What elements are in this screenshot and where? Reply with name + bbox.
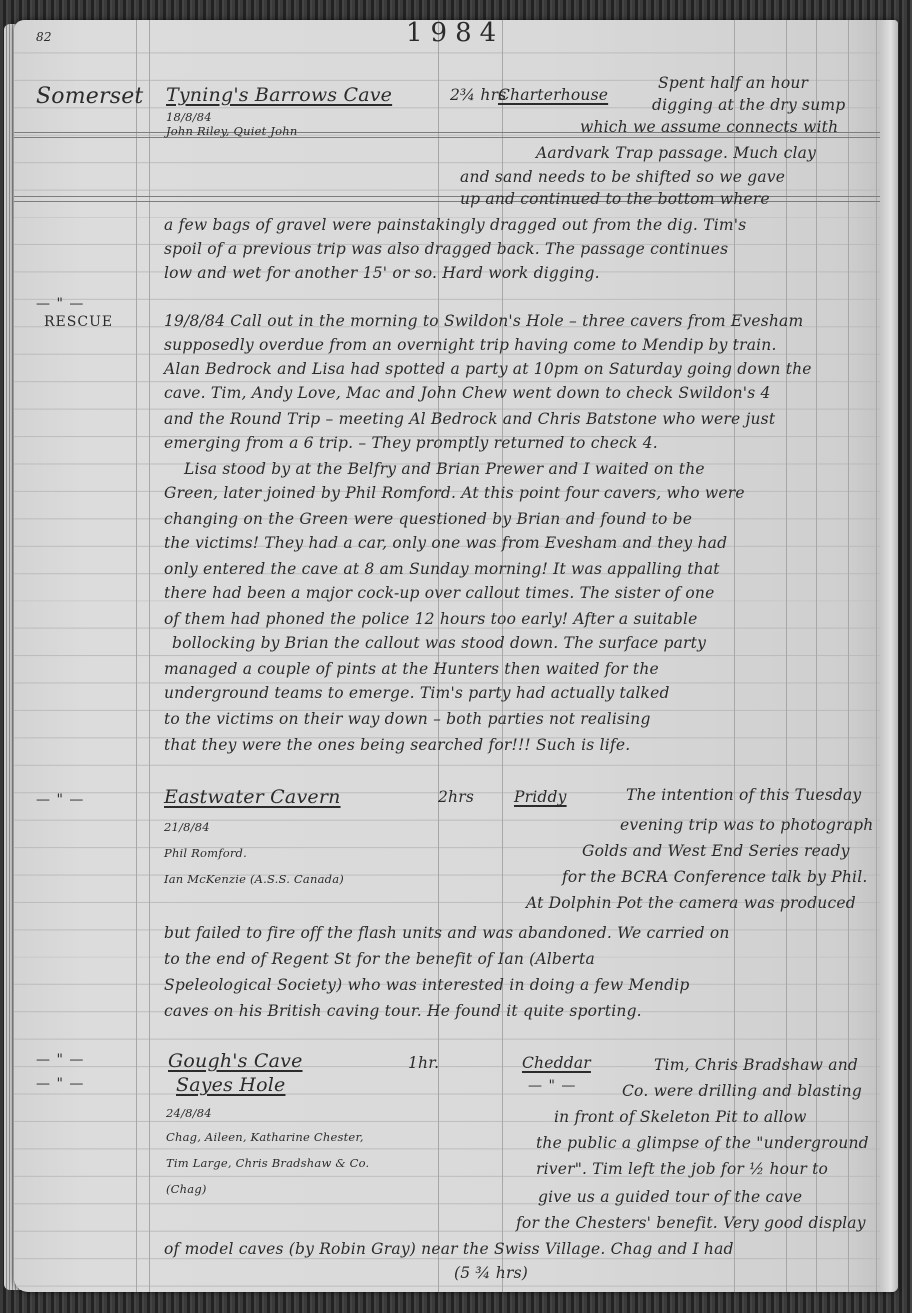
entry-location: Cheddar <box>522 1054 591 1072</box>
entry-text-line: emerging from a 6 trip. – They promptly … <box>164 434 658 452</box>
entry-date: 24/8/84 <box>166 1106 212 1120</box>
ditto-mark: — " — <box>528 1078 576 1094</box>
entry-text-line: which we assume connects with <box>580 118 838 136</box>
entry-text-line: underground teams to emerge. Tim's party… <box>164 684 670 702</box>
ditto-mark: — " — <box>36 792 84 808</box>
entry-text-line: supposedly overdue from an overnight tri… <box>164 336 777 354</box>
entry-type-label: RESCUE <box>44 314 113 330</box>
entry-text-line: bollocking by Brian the callout was stoo… <box>172 634 706 652</box>
entry-party: Ian McKenzie (A.S.S. Canada) <box>164 872 344 886</box>
entry-cave-name: Sayes Hole <box>176 1074 285 1096</box>
entry-duration: 2hrs <box>438 788 474 806</box>
entry-text-line: The intention of this Tuesday <box>626 786 861 804</box>
entry-region: Somerset <box>36 84 143 109</box>
entry-text-line: and sand needs to be shifted so we gave <box>460 168 785 186</box>
ruled-lines <box>14 20 898 1292</box>
entry-text-line: a few bags of gravel were painstakingly … <box>164 216 746 234</box>
entry-duration: 1hr. <box>408 1054 439 1072</box>
entry-text-line: for the Chesters' benefit. Very good dis… <box>516 1214 866 1232</box>
entry-party: (Chag) <box>166 1182 207 1196</box>
entry-text-line: spoil of a previous trip was also dragge… <box>164 240 728 258</box>
entry-text-line: only entered the cave at 8 am Sunday mor… <box>164 560 720 578</box>
column-rule-region <box>136 20 137 1292</box>
entry-text-line: that they were the ones being searched f… <box>164 736 630 754</box>
entry-text-line: and the Round Trip – meeting Al Bedrock … <box>164 410 775 428</box>
entry-text-line: At Dolphin Pot the camera was produced <box>526 894 856 912</box>
entry-text-line: give us a guided tour of the cave <box>538 1188 802 1206</box>
column-rule-c <box>816 20 817 1292</box>
entry-text-line: but failed to fire off the flash units a… <box>164 924 730 942</box>
entry-cave-name: Eastwater Cavern <box>164 786 341 808</box>
entry-party: Chag, Aileen, Katharine Chester, <box>166 1130 364 1144</box>
entry-text-line: 19/8/84 Call out in the morning to Swild… <box>164 312 803 330</box>
entry-text-line: Spent half an hour <box>658 74 808 92</box>
entry-text-line: Alan Bedrock and Lisa had spotted a part… <box>164 360 812 378</box>
column-rule-region-2 <box>149 20 150 1292</box>
entry-text-line: (5 ¾ hrs) <box>454 1264 528 1282</box>
entry-party: Phil Romford. <box>164 846 247 860</box>
entry-text-line: there had been a major cock-up over call… <box>164 584 714 602</box>
column-rule-d <box>848 20 849 1292</box>
entry-party: Tim Large, Chris Bradshaw & Co. <box>166 1156 369 1170</box>
entry-text-line: to the victims on their way down – both … <box>164 710 651 728</box>
page-year: 1984 <box>406 20 504 48</box>
logbook-page: 82 1984 Somerset Tyning's Barrows Cave 1… <box>14 20 898 1292</box>
entry-text-line: digging at the dry sump <box>652 96 845 114</box>
entry-text-line: caves on his British caving tour. He fou… <box>164 1002 642 1020</box>
entry-text-line: up and continued to the bottom where <box>460 190 770 208</box>
entry-text-line: Golds and West End Series ready <box>582 842 850 860</box>
entry-text-line: low and wet for another 15' or so. Hard … <box>164 264 600 282</box>
entry-text-line: Lisa stood by at the Belfry and Brian Pr… <box>184 460 705 478</box>
column-rule-duration <box>438 20 439 1292</box>
entry-text-line: the public a glimpse of the "underground <box>536 1134 869 1152</box>
entry-text-line: evening trip was to photograph <box>620 816 873 834</box>
entry-date: 21/8/84 <box>164 820 210 834</box>
entry-text-line: in front of Skeleton Pit to allow <box>554 1108 807 1126</box>
column-rule-b <box>786 20 787 1292</box>
entry-text-line: river". Tim left the job for ½ hour to <box>536 1160 828 1178</box>
column-rule-a <box>734 20 735 1292</box>
entry-location: Charterhouse <box>498 86 608 104</box>
entry-text-line: of them had phoned the police 12 hours t… <box>164 610 698 628</box>
column-rule-e <box>876 20 877 1292</box>
entry-text-line: Speleological Society) who was intereste… <box>164 976 690 994</box>
entry-text-line: for the BCRA Conference talk by Phil. <box>562 868 867 886</box>
entry-text-line: of model caves (by Robin Gray) near the … <box>164 1240 734 1258</box>
entry-date: 18/8/84 <box>166 110 212 124</box>
page-curl-edge <box>880 20 898 1292</box>
entry-text-line: to the end of Regent St for the benefit … <box>164 950 595 968</box>
entry-text-line: the victims! They had a car, only one wa… <box>164 534 727 552</box>
entry-location: Priddy <box>514 788 567 806</box>
entry-cave-name: Tyning's Barrows Cave <box>166 84 392 106</box>
ditto-mark: — " — <box>36 1076 84 1092</box>
entry-text-line: Green, later joined by Phil Romford. At … <box>164 484 745 502</box>
entry-text-line: managed a couple of pints at the Hunters… <box>164 660 659 678</box>
entry-cave-name: Gough's Cave <box>168 1050 303 1072</box>
entry-text-line: cave. Tim, Andy Love, Mac and John Chew … <box>164 384 771 402</box>
entry-party: John Riley, Quiet John <box>166 124 297 138</box>
column-rule-location <box>502 20 503 1292</box>
entry-text-line: Co. were drilling and blasting <box>622 1082 862 1100</box>
ditto-mark: — " — <box>36 1052 84 1068</box>
entry-text-line: changing on the Green were questioned by… <box>164 510 692 528</box>
entry-text-line: Tim, Chris Bradshaw and <box>654 1056 858 1074</box>
page-number: 82 <box>36 30 52 44</box>
entry-text-line: Aardvark Trap passage. Much clay <box>536 144 816 162</box>
ditto-mark: — " — <box>36 296 84 312</box>
